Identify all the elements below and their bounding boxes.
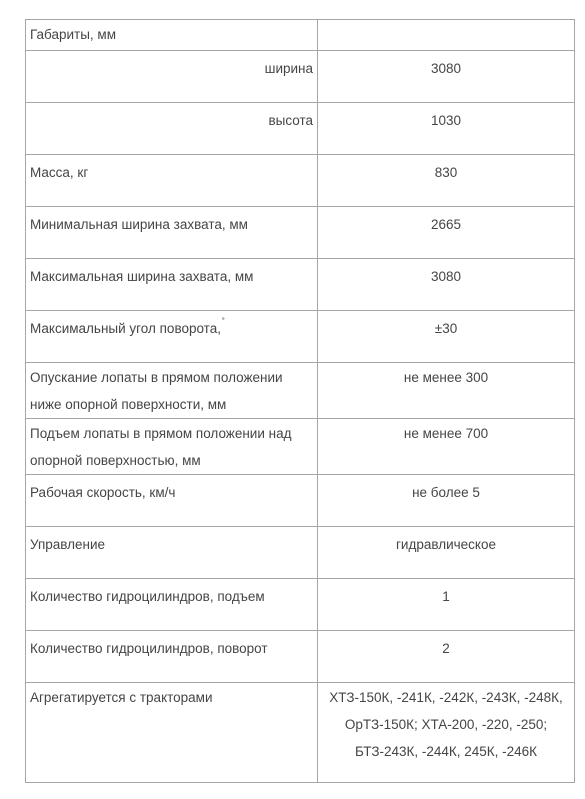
row-label: Опускание лопаты в прямом положении ниже… [26,363,318,419]
row-value: не менее 700 [318,419,575,475]
row-value: не менее 300 [318,363,575,419]
row-value: 2665 [318,207,575,259]
row-value: не более 5 [318,475,575,527]
row-label: Количество гидроцилиндров, подъем [26,579,318,631]
table-row-height: высота 1030 [26,103,575,155]
row-value: 3080 [318,259,575,311]
table-row-blade-lifting: Подъем лопаты в прямом положении над опо… [26,419,575,475]
row-value: 1 [318,579,575,631]
row-value: ±30 [318,311,575,363]
row-value: гидравлическое [318,527,575,579]
row-value: 3080 [318,51,575,103]
row-label: Габариты, мм [26,20,318,51]
table-row-working-speed: Рабочая скорость, км/ч не более 5 [26,475,575,527]
table-row-blade-lowering: Опускание лопаты в прямом положении ниже… [26,363,575,419]
row-label: Подъем лопаты в прямом положении над опо… [26,419,318,475]
row-label: Масса, кг [26,155,318,207]
table-row-hydraulic-cylinders-lift: Количество гидроцилиндров, подъем 1 [26,579,575,631]
table-row-dimensions-header: Габариты, мм [26,20,575,51]
row-label: Рабочая скорость, км/ч [26,475,318,527]
table-row-mass: Масса, кг 830 [26,155,575,207]
degree-symbol: ˚ [222,317,225,327]
table-row-max-rotation-angle: Максимальный угол поворота,˚ ±30 [26,311,575,363]
table-row-control: Управление гидравлическое [26,527,575,579]
row-value: 1030 [318,103,575,155]
row-label: Управление [26,527,318,579]
table-row-min-capture-width: Минимальная ширина захвата, мм 2665 [26,207,575,259]
row-label: Минимальная ширина захвата, мм [26,207,318,259]
table-row-max-capture-width: Максимальная ширина захвата, мм 3080 [26,259,575,311]
row-value: ХТЗ-150К, -241К, -242К, -243К, -248К, Ор… [318,683,575,783]
row-label-cell: Максимальный угол поворота,˚ [26,311,318,363]
row-label: ширина [26,51,318,103]
table-row-hydraulic-cylinders-rotation: Количество гидроцилиндров, поворот 2 [26,631,575,683]
row-value [318,20,575,51]
specifications-table-body: Габариты, мм ширина 3080 высота 1030 Мас… [26,20,575,783]
row-value: 2 [318,631,575,683]
row-label: Агрегатируется с тракторами [26,683,318,783]
row-label: Максимальная ширина захвата, мм [26,259,318,311]
row-label: Максимальный угол поворота, [30,321,221,336]
row-value: 830 [318,155,575,207]
row-label: Количество гидроцилиндров, поворот [26,631,318,683]
row-label: высота [26,103,318,155]
table-row-width: ширина 3080 [26,51,575,103]
specifications-table: Габариты, мм ширина 3080 высота 1030 Мас… [25,19,575,783]
table-row-compatible-tractors: Агрегатируется с тракторами ХТЗ-150К, -2… [26,683,575,783]
